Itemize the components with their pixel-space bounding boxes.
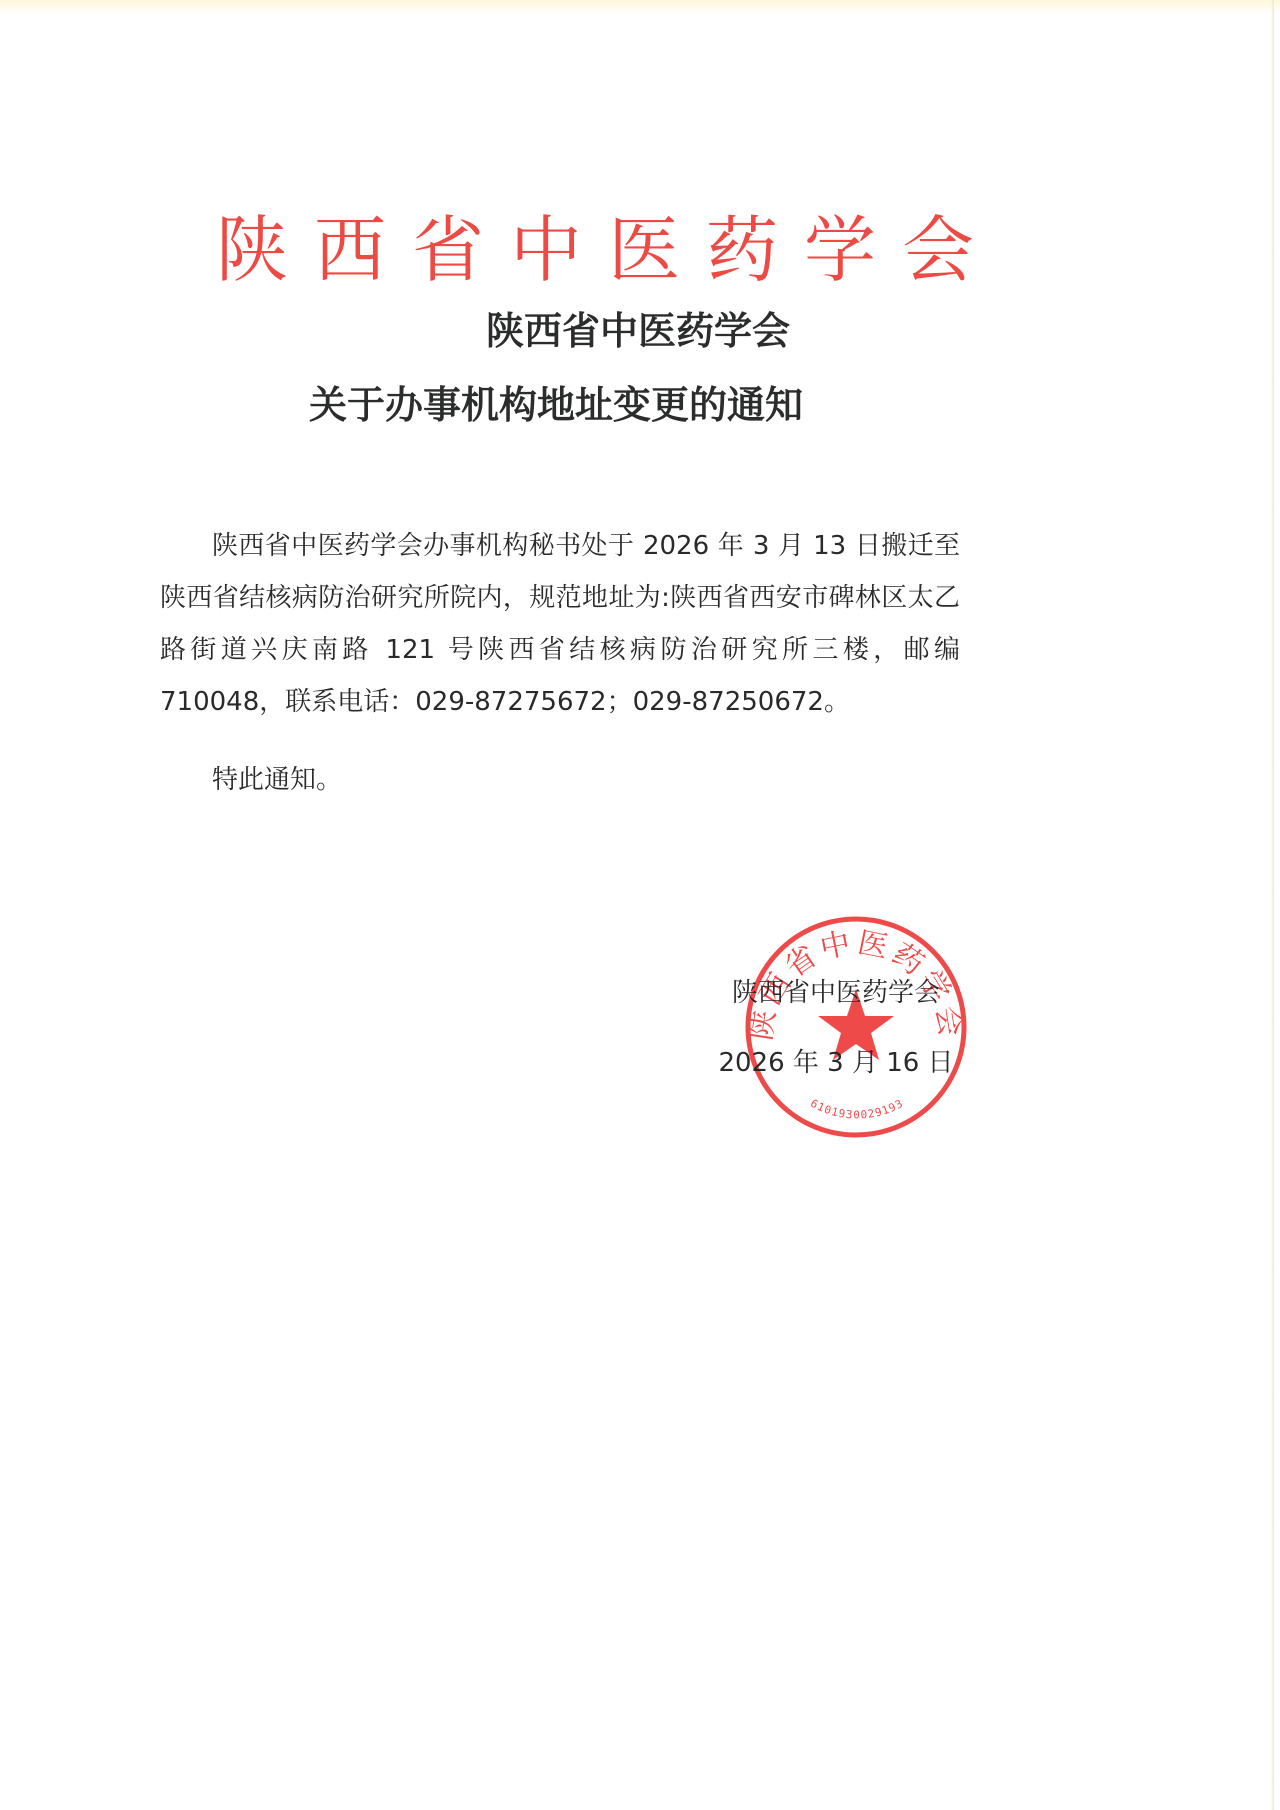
document-body: 陕西省中医药学会办事机构秘书处于 2026 年 3 月 13 日搬迁至陕西省结核… bbox=[160, 520, 960, 806]
document-title-line2: 关于办事机构地址变更的通知 bbox=[0, 374, 1196, 429]
red-masthead: 陕西省中医药学会 bbox=[0, 205, 1280, 295]
scan-edge-tint bbox=[0, 0, 1280, 14]
official-seal-icon: 陕西省中医药学会 6101930029193 bbox=[742, 913, 970, 1141]
seal-code: 6101930029193 bbox=[808, 1097, 906, 1122]
body-paragraph: 陕西省中医药学会办事机构秘书处于 2026 年 3 月 13 日搬迁至陕西省结核… bbox=[160, 520, 960, 728]
closing-line: 特此通知。 bbox=[160, 754, 960, 806]
signature-date: 2026 年 3 月 16 日 bbox=[716, 1042, 956, 1079]
svg-text:6101930029193: 6101930029193 bbox=[808, 1097, 906, 1122]
signature-organization: 陕西省中医药学会 bbox=[716, 972, 956, 1009]
document-title-line1: 陕西省中医药学会 bbox=[0, 300, 1278, 355]
